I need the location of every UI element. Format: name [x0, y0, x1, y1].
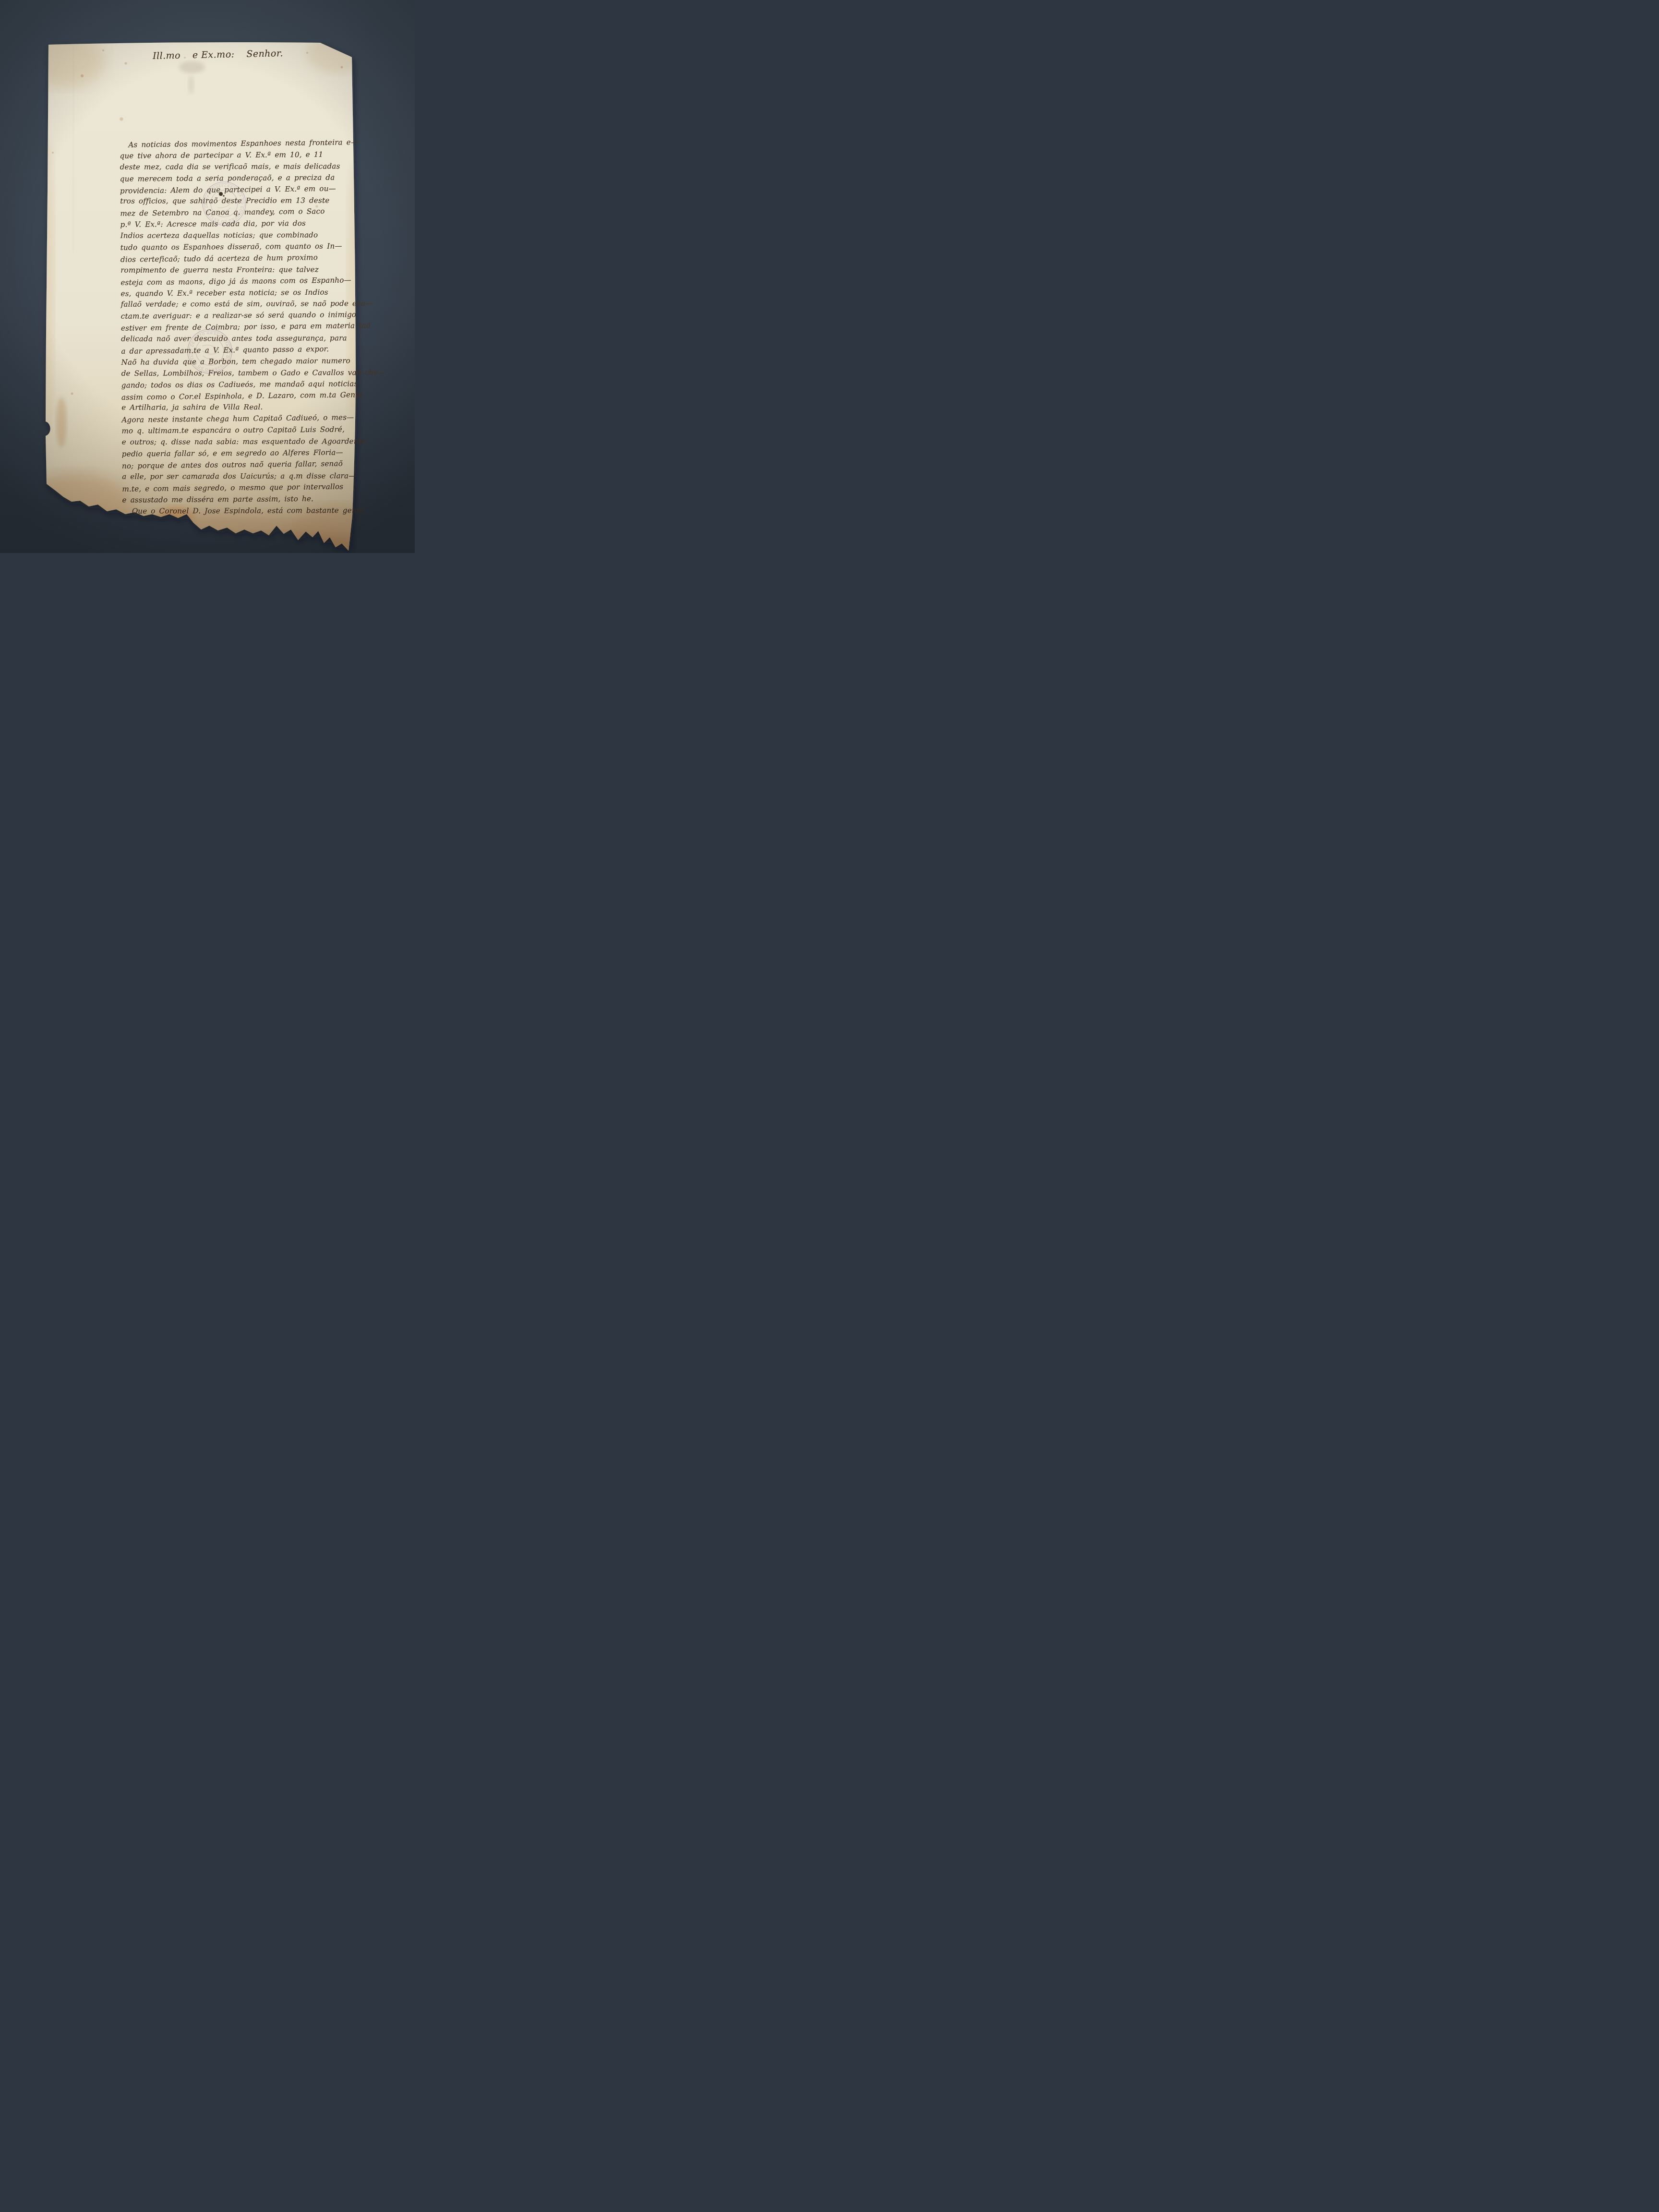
manuscript-line: fallaõ verdade; e como está de sim, ouvi… — [121, 299, 359, 311]
smudge — [188, 75, 194, 94]
manuscript-line: Que o Coronel D. Jose Espindola, está co… — [132, 505, 361, 517]
manuscript-line: dios certeficaõ; tudo dá acerteza de hum… — [120, 252, 359, 266]
stain — [24, 32, 106, 88]
salutation-part: Senhor. — [246, 48, 283, 60]
manuscript-line: mo q. ultimam.te espancára o outro Capit… — [121, 424, 360, 437]
manuscript-body: As noticias dos movimentos Espanhoes nes… — [120, 137, 360, 517]
stain — [41, 139, 54, 437]
manuscript-line: Naõ ha duvida que a Borbon, tem chegado … — [121, 355, 359, 368]
manuscript-line: no; porque de antes dos outros naõ queri… — [122, 458, 360, 472]
manuscript-line: e outros; q. disse nada sabia: mas esque… — [122, 436, 360, 448]
manuscript-line: a elle, por ser camarada dos Uaicurús; a… — [122, 470, 360, 483]
manuscript-line: p.ª V. Ex.ª: Acresce mais cada dia, por … — [120, 218, 358, 231]
manuscript-line: de Sellas, Lombilhos, Freios, tambem o G… — [121, 367, 360, 380]
manuscript-line: rompimento de guerra nesta Fronteira: qu… — [120, 264, 359, 276]
manuscript-line: Indios acerteza daquellas noticias; que … — [120, 229, 359, 242]
stain — [22, 473, 132, 542]
salutation-part: Ill.mo — [153, 50, 181, 61]
fold-crease — [73, 46, 74, 252]
manuscript-line: es, quando V. Ex.ª receber esta noticia;… — [120, 287, 359, 300]
smudge — [179, 61, 205, 73]
manuscript-line: que tive ahora de partecipar a V. Ex.ª e… — [120, 149, 358, 162]
salutation-part: e Ex.mo: — [192, 49, 235, 60]
photo-scene: SECRETARIA DO GOVERNO DO ESTADO DE MATO … — [0, 0, 415, 553]
stain — [56, 397, 67, 447]
stain — [306, 35, 366, 73]
manuscript-line: e assustado me disséra em parte assim, i… — [122, 493, 360, 506]
manuscript-line: deste mez, cada dia se verificaõ mais, e… — [120, 161, 358, 173]
